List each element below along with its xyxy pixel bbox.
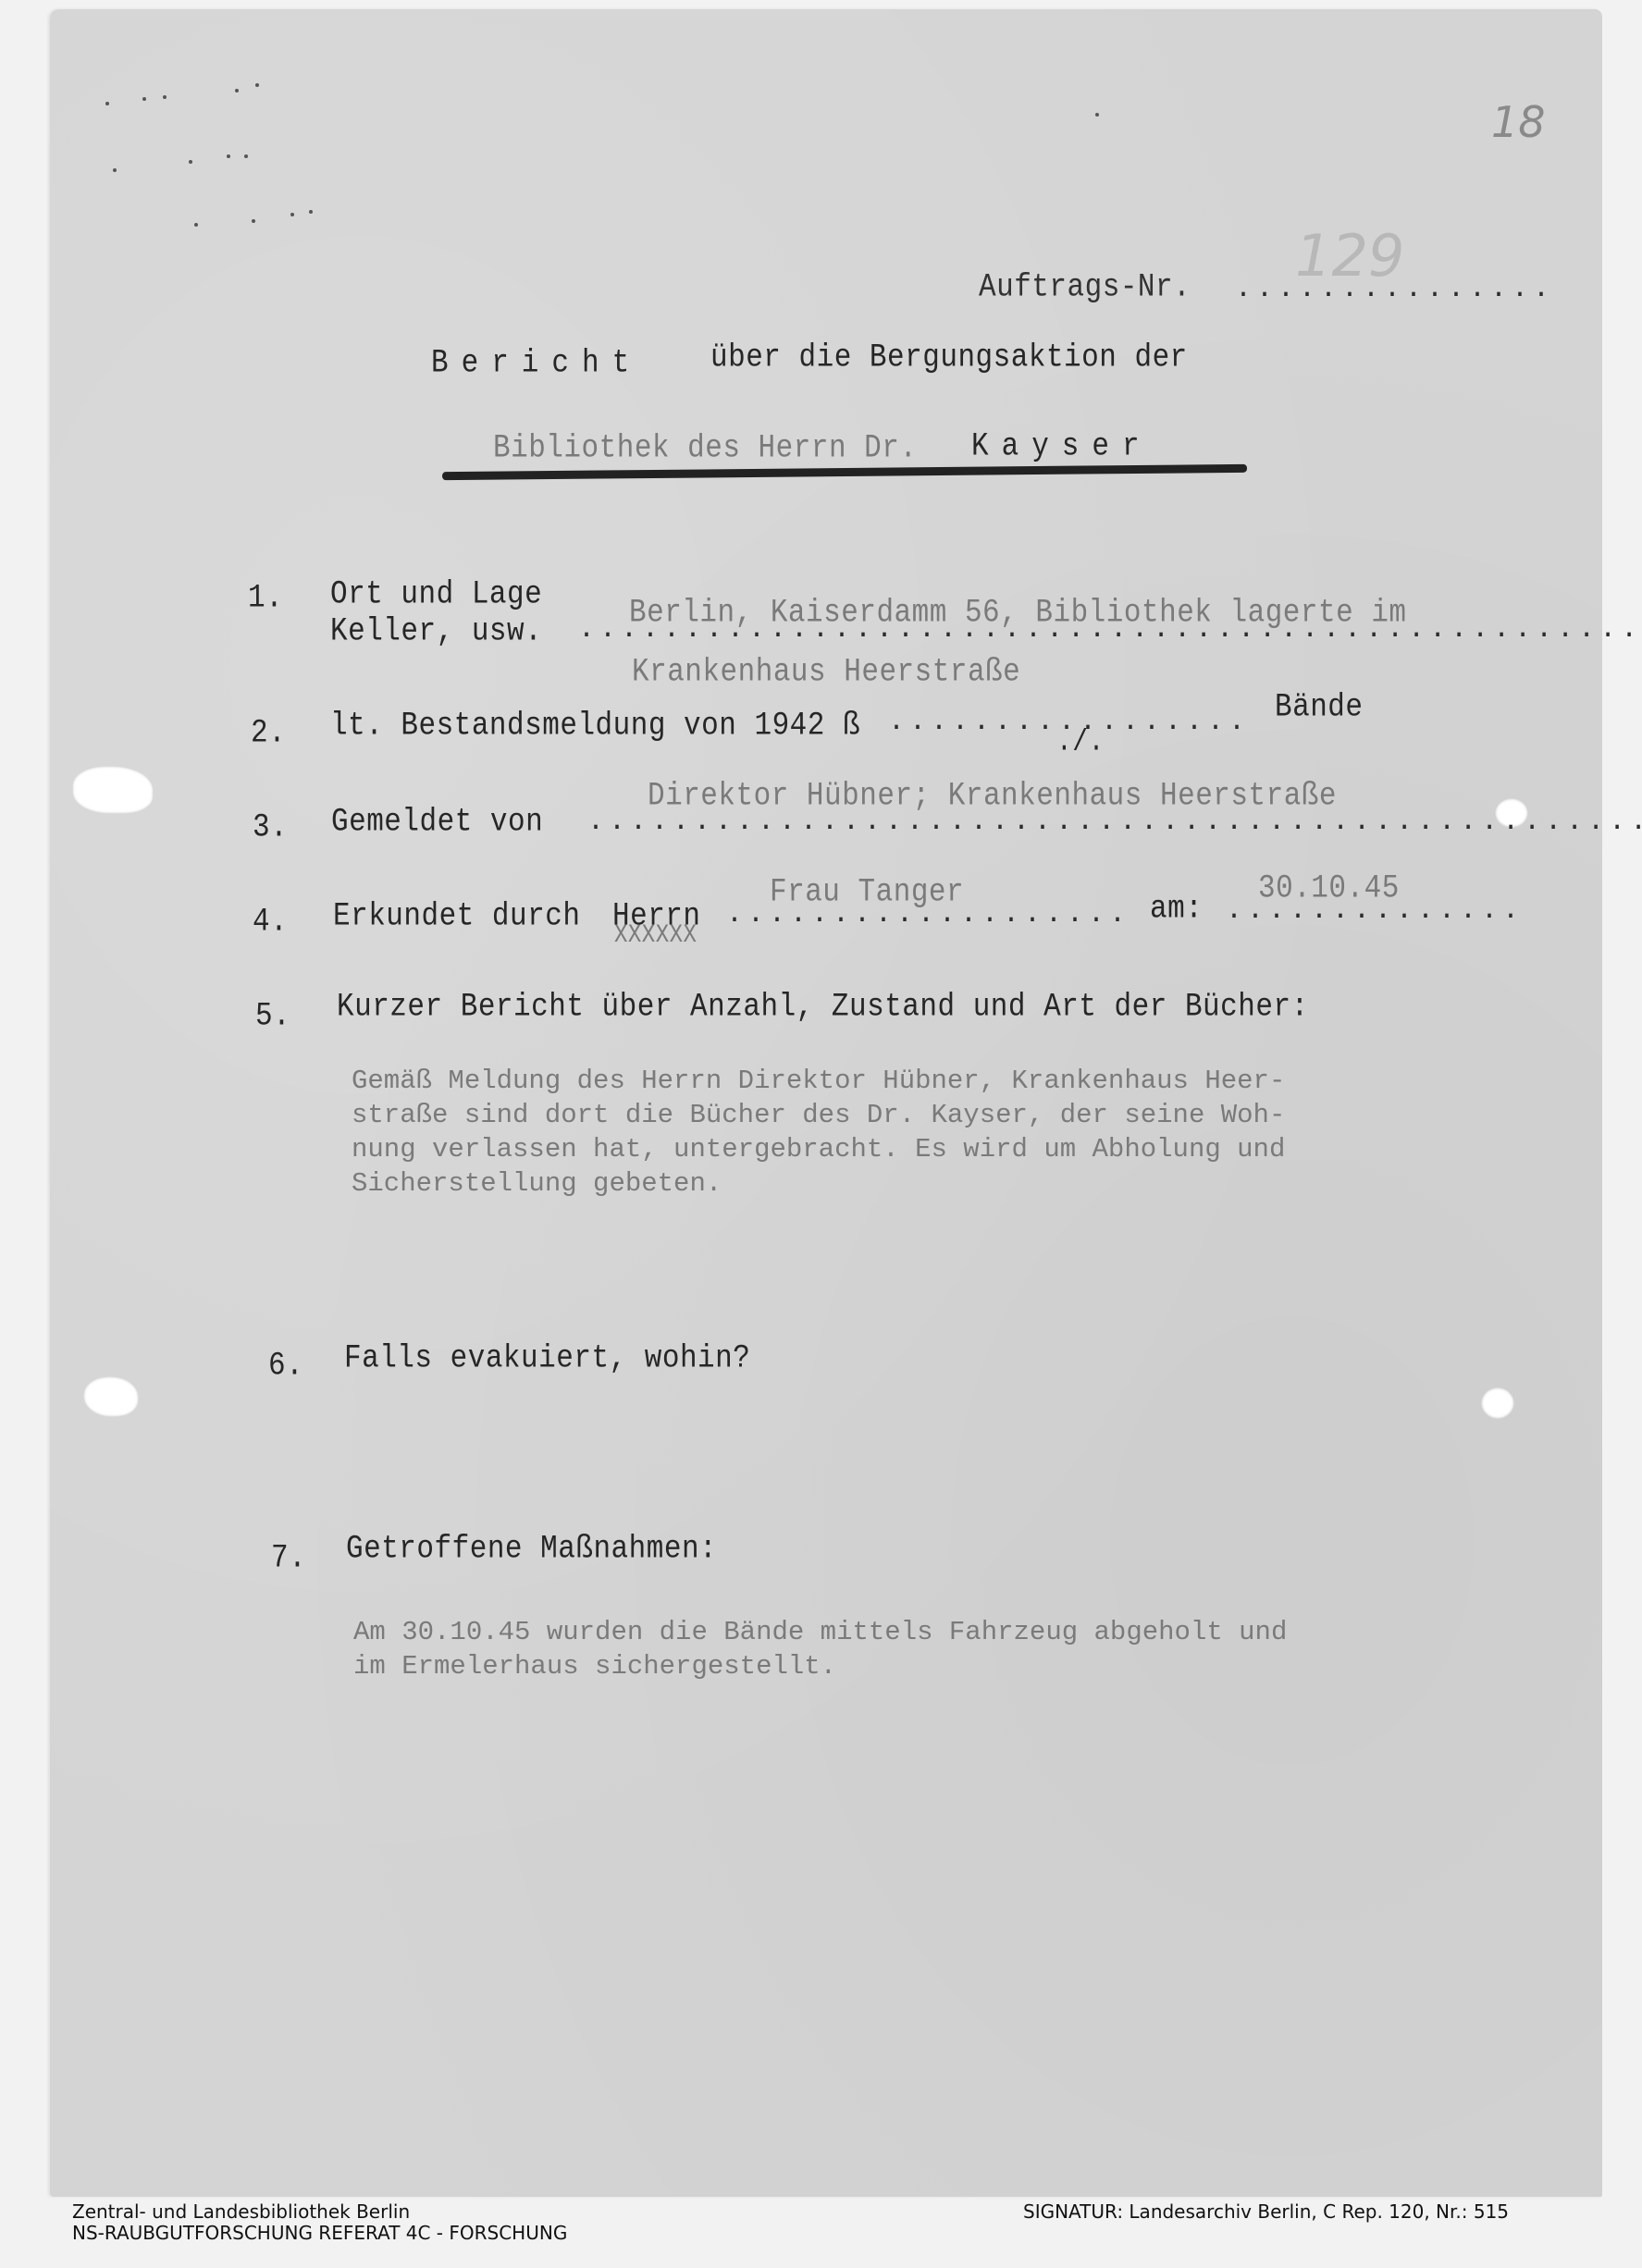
item-5-number: 5.: [255, 998, 290, 1035]
item-1-label-line1: Ort und Lage: [330, 576, 542, 613]
report-heading-word: Bericht: [431, 345, 642, 382]
item-4-value: Frau Tanger: [770, 874, 964, 911]
ink-speck: [113, 168, 117, 172]
ink-speck: [244, 154, 248, 158]
punch-hole: [1481, 1387, 1514, 1419]
measures-line: Am 30.10.45 wurden die Bände mittels Fah…: [353, 1615, 1287, 1649]
folio-number: 18: [1491, 97, 1546, 147]
item-6-label: Falls evakuiert, wohin?: [344, 1340, 750, 1377]
item-2-value: ./.: [1056, 726, 1105, 759]
ink-speck: [235, 89, 239, 92]
item-4-strike-marks: XXXXXX: [614, 921, 697, 950]
footer-institution: Zentral- und Landesbibliothek Berlin: [72, 2201, 567, 2223]
report-heading: über die Bergungsaktion der: [710, 339, 1188, 376]
item-4-date-label: am:: [1150, 891, 1203, 928]
ink-speck: [105, 102, 109, 105]
ink-speck: [290, 213, 294, 216]
item-7-label: Getroffene Maßnahmen:: [346, 1531, 717, 1568]
report-line: Sicherstellung gebeten.: [352, 1166, 1285, 1201]
order-number-label: Auftrags-Nr.: [979, 269, 1191, 306]
item-5-report-text: Gemäß Meldung des Herrn Direktor Hübner,…: [352, 1064, 1285, 1201]
item-2-label: lt. Bestandsmeldung von 1942 ß: [330, 708, 860, 745]
item-1-value-line1: Berlin, Kaiserdamm 56, Bibliothek lagert…: [629, 595, 1407, 632]
order-number-field[interactable]: ...............: [1235, 274, 1554, 305]
item-4-number: 4.: [253, 904, 288, 941]
item-1-number: 1.: [248, 580, 283, 617]
ink-speck: [163, 95, 167, 99]
item-3-number: 3.: [253, 809, 288, 846]
ink-speck: [309, 210, 313, 214]
footer-signature: SIGNATUR: Landesarchiv Berlin, C Rep. 12…: [1023, 2201, 1509, 2223]
ink-speck: [252, 219, 255, 223]
report-line: Gemäß Meldung des Herrn Direktor Hübner,…: [352, 1064, 1285, 1098]
measures-line: im Ermelerhaus sichergestellt.: [353, 1649, 1287, 1683]
item-4-date-value: 30.10.45: [1258, 870, 1400, 907]
item-3-label: Gemeldet von: [331, 804, 543, 841]
item-2-number: 2.: [251, 715, 286, 752]
report-subject: Bibliothek des Herrn Dr.: [493, 430, 917, 467]
report-subject-name: Kayser: [971, 428, 1153, 465]
ink-speck: [142, 97, 146, 101]
item-7-measures-text: Am 30.10.45 wurden die Bände mittels Fah…: [353, 1615, 1287, 1683]
ink-speck: [1095, 113, 1099, 117]
punch-hole: [72, 766, 154, 814]
ink-speck: [189, 160, 192, 164]
ink-speck: [194, 223, 198, 227]
item-3-value: Direktor Hübner; Krankenhaus Heerstraße: [648, 778, 1337, 815]
footer-left: Zentral- und Landesbibliothek Berlin NS-…: [72, 2201, 567, 2244]
item-6-number: 6.: [268, 1348, 303, 1385]
footer-department: NS-RAUBGUTFORSCHUNG REFERAT 4C - FORSCHU…: [72, 2223, 567, 2244]
item-4-label: Erkundet durch: [333, 898, 580, 935]
item-1-label-line2: Keller, usw.: [330, 613, 542, 650]
item-2-unit: Bände: [1275, 689, 1364, 726]
item-1-value-line2: Krankenhaus Heerstraße: [632, 654, 1020, 691]
item-5-label: Kurzer Bericht über Anzahl, Zustand und …: [337, 989, 1309, 1026]
report-line: nung verlassen hat, untergebracht. Es wi…: [352, 1132, 1285, 1166]
ink-speck: [227, 154, 230, 158]
ink-speck: [255, 83, 259, 87]
punch-hole: [83, 1376, 139, 1417]
item-7-number: 7.: [271, 1540, 306, 1577]
report-line: straße sind dort die Bücher des Dr. Kays…: [352, 1098, 1285, 1132]
